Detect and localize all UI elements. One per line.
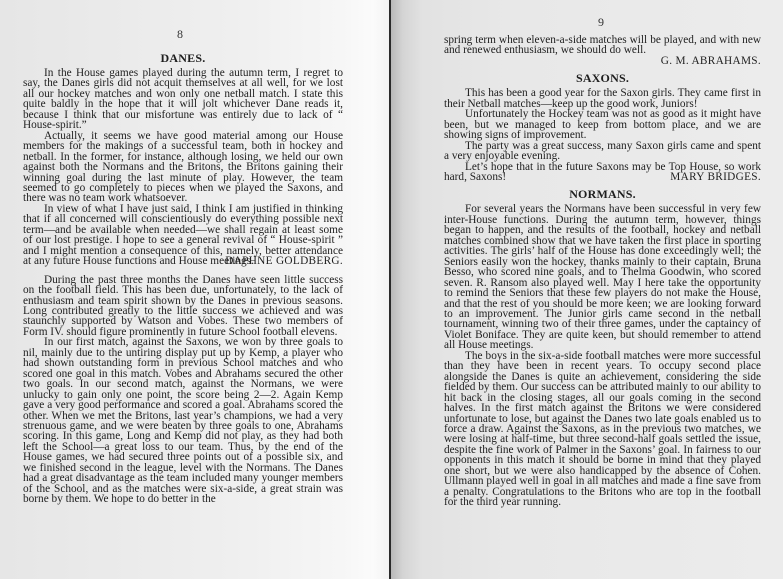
author-signature: G. M. ABRAHAMS.: [444, 56, 761, 66]
left-page: 8 DANES. In the House games played durin…: [0, 0, 389, 579]
paragraph: Unfortunately the Hockey team was not as…: [444, 109, 761, 140]
section-heading-normans: NORMANS.: [444, 188, 761, 201]
left-text-column: DANES. In the House games played during …: [23, 50, 343, 505]
paragraph: The party was a great success, many Saxo…: [444, 141, 761, 162]
page-number: 8: [0, 27, 360, 42]
book-spread: 8 DANES. In the House games played durin…: [0, 0, 783, 579]
paragraph: Actually, it seems we have good material…: [23, 131, 343, 204]
spacer: [444, 182, 761, 186]
continued-paragraph: spring term when eleven-a-side matches w…: [444, 35, 761, 56]
page-number: 9: [391, 15, 783, 30]
section-heading-saxons: SAXONS.: [444, 72, 761, 85]
paragraph: The boys in the six-a-side football matc…: [444, 351, 761, 508]
paragraph: This has been a good year for the Saxon …: [444, 88, 761, 109]
paragraph: In the House games played during the aut…: [23, 68, 343, 131]
section-heading-danes: DANES.: [23, 52, 343, 65]
paragraph: For several years the Normans have been …: [444, 204, 761, 350]
right-page: 9 spring term when eleven-a-side matches…: [391, 0, 783, 579]
right-text-column: spring term when eleven-a-side matches w…: [444, 35, 761, 508]
paragraph: In our first match, against the Saxons, …: [23, 337, 343, 504]
spacer: [444, 66, 761, 70]
paragraph: During the past three months the Danes h…: [23, 275, 343, 338]
